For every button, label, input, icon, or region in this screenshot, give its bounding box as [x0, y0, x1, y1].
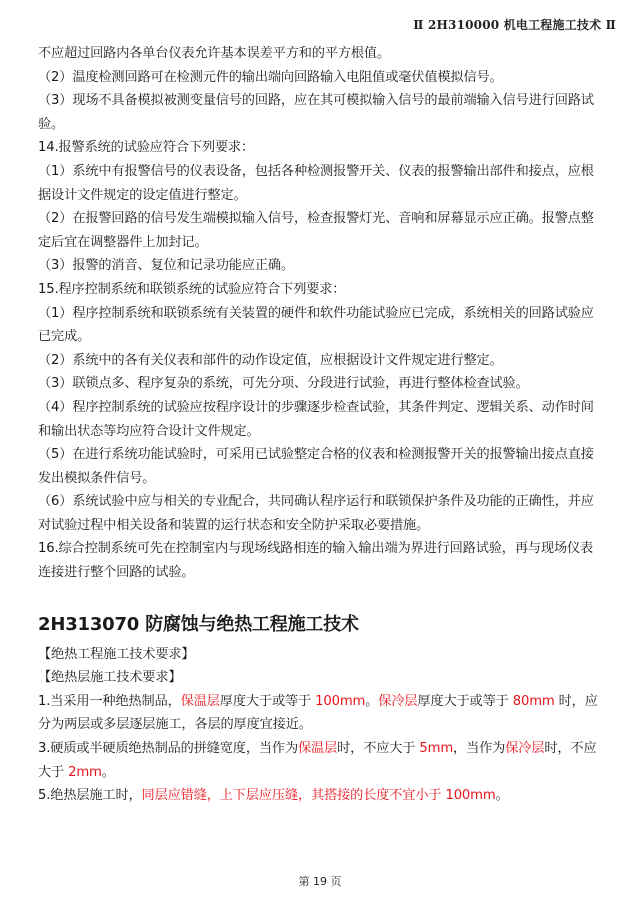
page-body: 不应超过回路内各单台仪表允许基本误差平方和的平方根值。 （2）温度检测回路可在检…: [38, 42, 606, 808]
highlight: 保温层: [181, 694, 220, 709]
clause-16: 16.综合控制系统可先在控制室内与现场线路相连的输入输出端为界进行回路试验，再与…: [38, 537, 606, 584]
paragraph: （2）系统中的各有关仪表和部件的动作设定值，应根据设计文件规定进行整定。: [38, 349, 606, 373]
paragraph: 不应超过回路内各单台仪表允许基本误差平方和的平方根值。: [38, 42, 606, 66]
text: 。: [102, 765, 115, 780]
text: 。: [496, 788, 509, 803]
section-title: 2H313070 防腐蚀与绝热工程施工技术: [38, 611, 606, 639]
text: 厚度大于或等于: [220, 694, 315, 709]
spacer: [38, 585, 606, 607]
paragraph: （5）在进行系统功能试验时，可采用已试验整定合格的仪表和检测报警开关的报警输出接…: [38, 443, 606, 490]
paragraph: （2）在报警回路的信号发生端模拟输入信号，检查报警灯光、音响和屏幕显示应正确。报…: [38, 207, 606, 254]
sub-heading-insulation-engineering: 【绝热工程施工技术要求】: [38, 643, 606, 667]
paragraph: （1）系统中有报警信号的仪表设备，包括各种检测报警开关、仪表的报警输出部件和接点…: [38, 160, 606, 207]
highlight: 保冷层: [505, 741, 544, 756]
paragraph: （3）报警的消音、复位和记录功能应正确。: [38, 254, 606, 278]
text: 时，不应大于: [337, 741, 419, 756]
paragraph: （3）联锁点多、程序复杂的系统，可先分项、分段进行试验，再进行整体检查试验。: [38, 372, 606, 396]
highlight: 80mm: [513, 694, 555, 709]
page-number: 第 19 页: [0, 873, 640, 889]
paragraph: （3）现场不具备模拟被测变量信号的回路，应在其可模拟输入信号的最前端输入信号进行…: [38, 89, 606, 136]
insulation-item-1: 1.当采用一种绝热制品，保温层厚度大于或等于 100mm。保冷层厚度大于或等于 …: [38, 690, 606, 737]
clause-heading-15: 15.程序控制系统和联锁系统的试验应符合下列要求：: [38, 278, 606, 302]
clause-heading-14: 14.报警系统的试验应符合下列要求：: [38, 136, 606, 160]
highlight: 100mm: [315, 694, 365, 709]
sub-heading-insulation-layer: 【绝热层施工技术要求】: [38, 666, 606, 690]
highlight: 5mm: [419, 741, 453, 756]
text: 5.绝热层施工时，: [38, 788, 142, 803]
highlight: 保冷层: [378, 694, 417, 709]
text: 。: [365, 694, 378, 709]
highlight: 保温层: [298, 741, 337, 756]
text: 厚度大于或等于: [417, 694, 512, 709]
text: ，当作为: [453, 741, 505, 756]
insulation-item-3: 3.硬质或半硬质绝热制品的拼缝宽度，当作为保温层时，不应大于 5mm，当作为保冷…: [38, 737, 606, 784]
paragraph: （1）程序控制系统和联锁系统有关装置的硬件和软件功能试验应已完成，系统相关的回路…: [38, 302, 606, 349]
running-header: Ⅱ 2H310000 机电工程施工技术 Ⅱ: [413, 16, 616, 33]
highlight: 同层应错缝，上下层应压缝，其搭接的长度不宜小于 100mm: [142, 788, 496, 803]
text: 3.硬质或半硬质绝热制品的拼缝宽度，当作为: [38, 741, 298, 756]
insulation-item-5: 5.绝热层施工时，同层应错缝，上下层应压缝，其搭接的长度不宜小于 100mm。: [38, 784, 606, 808]
highlight: 2mm: [68, 765, 102, 780]
paragraph: （4）程序控制系统的试验应按程序设计的步骤逐步检查试验，其条件判定、逻辑关系、动…: [38, 396, 606, 443]
paragraph: （6）系统试验中应与相关的专业配合，共同确认程序运行和联锁保护条件及功能的正确性…: [38, 490, 606, 537]
text: 1.当采用一种绝热制品，: [38, 694, 181, 709]
paragraph: （2）温度检测回路可在检测元件的输出端向回路输入电阻值或毫伏值模拟信号。: [38, 66, 606, 90]
